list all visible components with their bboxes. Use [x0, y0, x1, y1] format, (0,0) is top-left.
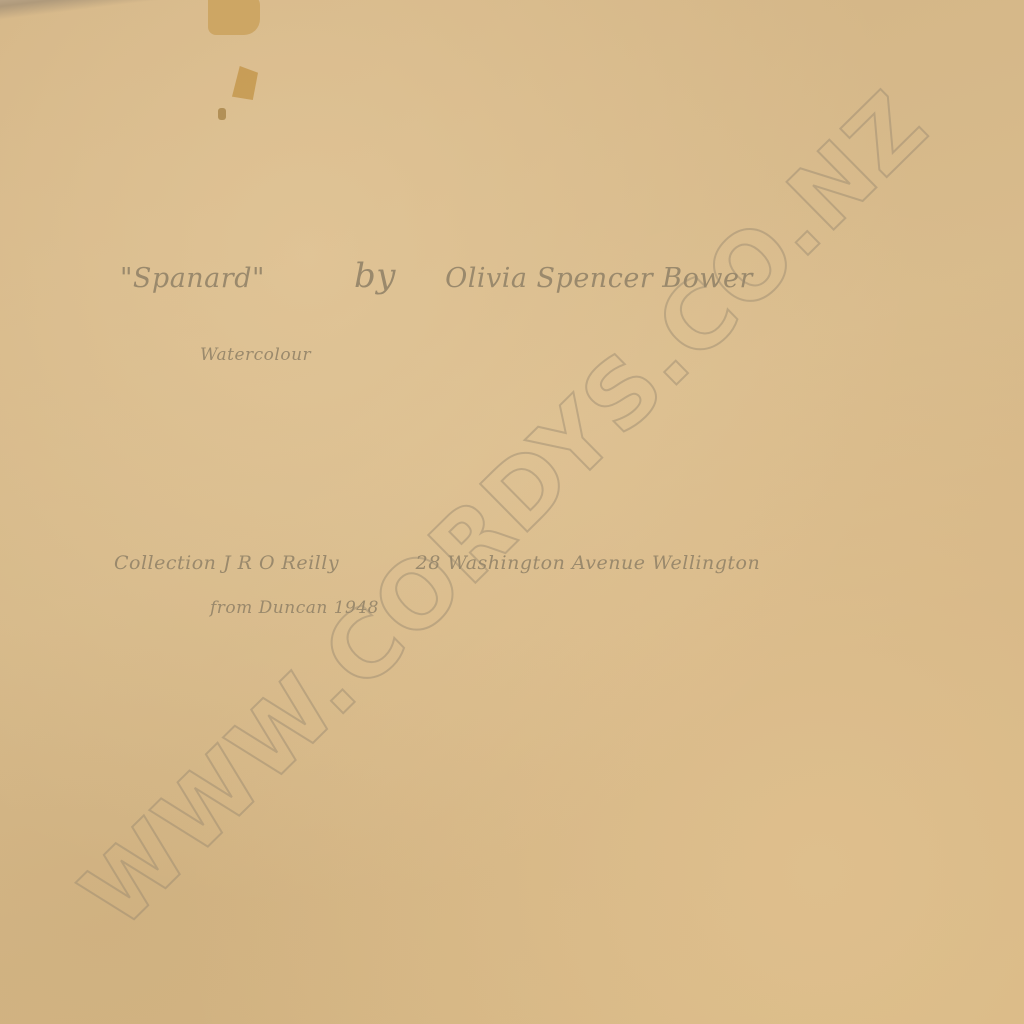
tape-stain-fragment	[232, 66, 258, 100]
tape-stain	[208, 0, 260, 35]
collection-text: Collection J R O Reilly	[114, 552, 339, 574]
frame-edge	[0, 0, 191, 22]
medium-text: Watercolour	[200, 345, 311, 365]
tape-stain-fragment-small	[218, 108, 226, 120]
artwork-title: "Spanard"	[120, 263, 265, 294]
watermark: WWW.CORDYS.CO.NZ	[67, 78, 942, 942]
by-text: by	[354, 256, 396, 296]
